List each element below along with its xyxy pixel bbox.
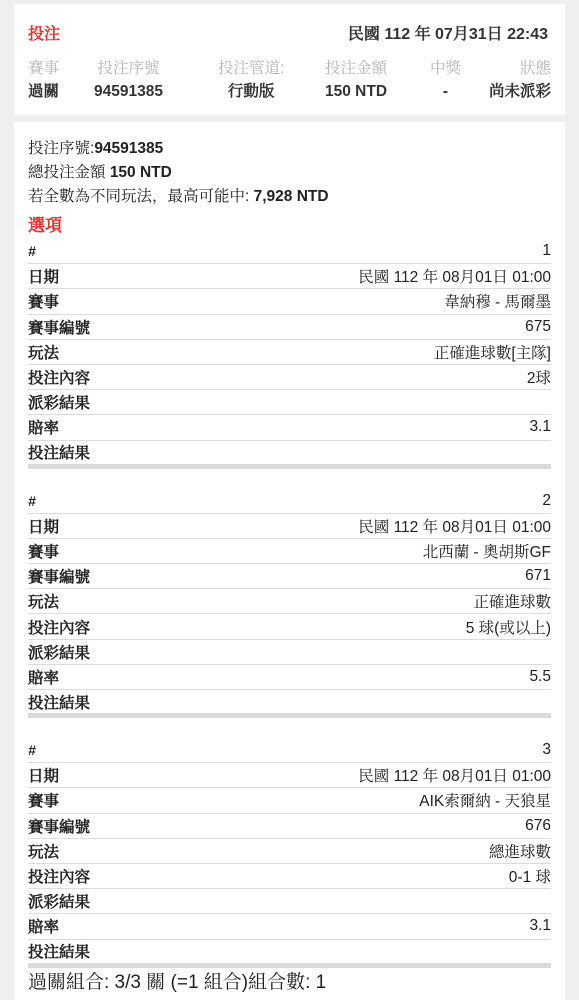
- leg-row-odds: 賠率3.1: [28, 914, 551, 939]
- summary-value: -: [430, 82, 461, 102]
- leg-row-match-id: 賽事編號676: [28, 814, 551, 839]
- summary-label: 狀態: [489, 60, 551, 82]
- row-label: 派彩結果: [28, 391, 90, 413]
- row-label: 賽事編號: [28, 815, 90, 837]
- bet-datetime: 民國 112 年 07月31日 22:43: [348, 21, 548, 44]
- page-title: 投注: [28, 21, 60, 44]
- summary-label: 投注序號: [94, 60, 163, 82]
- leg-row-bet-result: 投注結果: [28, 441, 551, 469]
- leg-row-selection: 投注內容5 球(或以上): [28, 614, 551, 639]
- row-label: #: [28, 243, 36, 259]
- row-value: 3.1: [529, 418, 551, 436]
- row-value: 正確進球數[主隊]: [434, 341, 551, 363]
- leg-row-number: #1: [28, 239, 551, 264]
- row-label: 賽事: [28, 789, 59, 811]
- leg-row-date: 日期民國 112 年 08月01日 01:00: [28, 763, 551, 788]
- row-label: 賠率: [28, 416, 59, 438]
- row-label: 投注內容: [28, 616, 90, 638]
- bet-leg-1: #1 日期民國 112 年 08月01日 01:00 賽事韋納穆 - 馬爾墨 賽…: [28, 239, 551, 469]
- summary-value: 94591385: [94, 82, 163, 102]
- status-badge: 尚未派彩: [489, 82, 551, 102]
- row-value: 3.1: [529, 917, 551, 935]
- row-label: 投注結果: [28, 691, 90, 713]
- serial-value: 94591385: [94, 140, 163, 157]
- row-value: 671: [525, 567, 551, 585]
- leg-row-odds: 賠率5.5: [28, 665, 551, 690]
- leg-row-date: 日期民國 112 年 08月01日 01:00: [28, 514, 551, 539]
- row-value: 韋納穆 - 馬爾墨: [444, 290, 551, 312]
- row-label: 賽事編號: [28, 316, 90, 338]
- bet-header: 投注 民國 112 年 07月31日 22:43: [28, 21, 551, 43]
- summary-col-channel: 投注管道: 行動版: [218, 60, 284, 102]
- serial-label: 投注序號:: [28, 140, 94, 157]
- row-value: 675: [525, 318, 551, 336]
- summary-col-serial: 投注序號 94591385: [94, 60, 163, 102]
- row-label: 投注結果: [28, 441, 90, 463]
- leg-row-match: 賽事韋納穆 - 馬爾墨: [28, 289, 551, 314]
- row-value: 5 球(或以上): [466, 616, 551, 638]
- row-label: 日期: [28, 515, 59, 537]
- summary-value: 過關: [28, 82, 59, 102]
- leg-row-number: #2: [28, 489, 551, 514]
- leg-row-match-id: 賽事編號675: [28, 315, 551, 340]
- leg-row-number: #3: [28, 738, 551, 763]
- leg-row-odds: 賠率3.1: [28, 415, 551, 440]
- total-label: 總投注金額: [28, 164, 110, 181]
- row-value: 正確進球數: [473, 590, 551, 612]
- total-line: 總投注金額 150 NTD: [28, 161, 551, 185]
- bet-summary-card: 投注 民國 112 年 07月31日 22:43 賽事 過關 投注序號 9459…: [14, 4, 565, 115]
- leg-row-match-id: 賽事編號671: [28, 564, 551, 589]
- summary-grid: 賽事 過關 投注序號 94591385 投注管道: 行動版 投注金額 150 N…: [28, 60, 551, 108]
- row-value: 676: [525, 817, 551, 835]
- bet-info: 投注序號:94591385 總投注金額 150 NTD 若全數為不同玩法，最高可…: [28, 137, 551, 209]
- row-label: 投注結果: [28, 940, 90, 962]
- row-label: 賠率: [28, 666, 59, 688]
- summary-label: 投注管道:: [218, 60, 284, 82]
- row-label: 玩法: [28, 590, 59, 612]
- summary-col-event: 賽事 過關: [28, 60, 59, 102]
- total-value: 150 NTD: [110, 164, 172, 181]
- leg-row-bet-type: 玩法總進球數: [28, 839, 551, 864]
- max-payout-label: 若全數為不同玩法，最高可能中:: [28, 188, 254, 205]
- row-label: 賽事: [28, 540, 59, 562]
- leg-row-bet-result: 投注結果: [28, 690, 551, 718]
- row-label: 玩法: [28, 840, 59, 862]
- row-label: 日期: [28, 265, 59, 287]
- max-payout-line: 若全數為不同玩法，最高可能中: 7,928 NTD: [28, 185, 551, 209]
- summary-col-amount: 投注金額 150 NTD: [325, 60, 387, 102]
- leg-row-bet-result: 投注結果: [28, 940, 551, 968]
- options-section-title: 選項: [28, 211, 62, 236]
- row-label: 投注內容: [28, 366, 90, 388]
- row-label: 賠率: [28, 915, 59, 937]
- bet-detail-card: 投注序號:94591385 總投注金額 150 NTD 若全數為不同玩法，最高可…: [14, 122, 565, 1000]
- row-value: 北西蘭 - 奧胡斯GF: [423, 540, 551, 562]
- row-value: 0-1 球: [509, 865, 551, 887]
- summary-col-status: 狀態 尚未派彩: [489, 60, 551, 102]
- row-value: 3: [542, 741, 551, 759]
- row-label: #: [28, 742, 36, 758]
- row-value: 2球: [527, 366, 551, 388]
- leg-row-match: 賽事北西蘭 - 奧胡斯GF: [28, 539, 551, 564]
- leg-row-selection: 投注內容0-1 球: [28, 864, 551, 889]
- summary-value: 行動版: [218, 82, 284, 102]
- row-label: #: [28, 493, 36, 509]
- row-value: 民國 112 年 08月01日 01:00: [358, 515, 551, 537]
- leg-row-bet-type: 玩法正確進球數: [28, 589, 551, 614]
- row-label: 賽事: [28, 290, 59, 312]
- leg-row-payout-result: 派彩結果: [28, 640, 551, 665]
- leg-row-match: 賽事AIK索爾納 - 天狼星: [28, 788, 551, 813]
- row-label: 派彩結果: [28, 890, 90, 912]
- row-label: 賽事編號: [28, 565, 90, 587]
- bet-leg-3: #3 日期民國 112 年 08月01日 01:00 賽事AIK索爾納 - 天狼…: [28, 738, 551, 968]
- summary-label: 中獎: [430, 60, 461, 82]
- bet-leg-2: #2 日期民國 112 年 08月01日 01:00 賽事北西蘭 - 奧胡斯GF…: [28, 489, 551, 719]
- bet-legs: #1 日期民國 112 年 08月01日 01:00 賽事韋納穆 - 馬爾墨 賽…: [28, 239, 551, 988]
- leg-row-bet-type: 玩法正確進球數[主隊]: [28, 340, 551, 365]
- row-value: 2: [542, 492, 551, 510]
- summary-col-prize: 中獎 -: [430, 60, 461, 102]
- row-value: 總進球數: [489, 840, 551, 862]
- leg-row-selection: 投注內容2球: [28, 365, 551, 390]
- row-value: 民國 112 年 08月01日 01:00: [358, 265, 551, 287]
- row-value: 5.5: [529, 668, 551, 686]
- row-label: 玩法: [28, 341, 59, 363]
- row-label: 投注內容: [28, 865, 90, 887]
- row-label: 派彩結果: [28, 641, 90, 663]
- summary-label: 賽事: [28, 60, 59, 82]
- row-value: 民國 112 年 08月01日 01:00: [358, 764, 551, 786]
- summary-label: 投注金額: [325, 60, 387, 82]
- combination-summary: 過關組合: 3/3 關 (=1 組合)組合數: 1: [28, 967, 326, 994]
- row-label: 日期: [28, 764, 59, 786]
- leg-row-payout-result: 派彩結果: [28, 390, 551, 415]
- max-payout-value: 7,928 NTD: [254, 188, 329, 205]
- row-value: AIK索爾納 - 天狼星: [419, 789, 551, 811]
- summary-value: 150 NTD: [325, 82, 387, 102]
- serial-line: 投注序號:94591385: [28, 137, 551, 161]
- leg-row-date: 日期民國 112 年 08月01日 01:00: [28, 264, 551, 289]
- leg-row-payout-result: 派彩結果: [28, 889, 551, 914]
- row-value: 1: [542, 242, 551, 260]
